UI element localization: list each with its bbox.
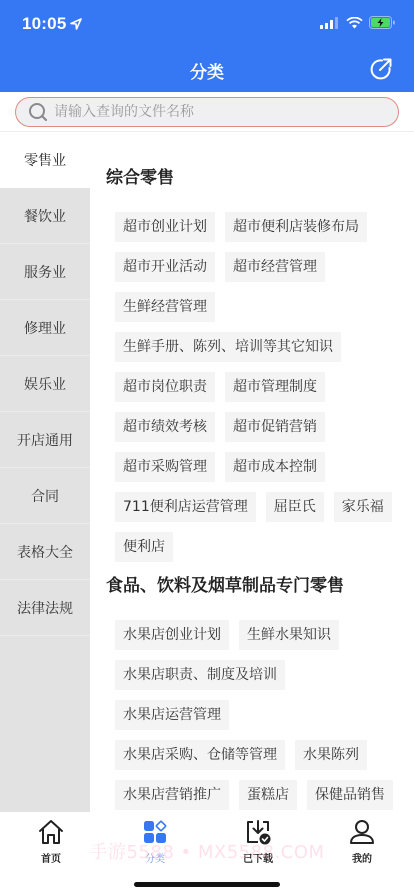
tag-item[interactable]: 超市成本控制 [225,452,325,482]
search-box[interactable] [15,97,399,127]
tag-item[interactable]: 超市岗位职责 [115,372,215,402]
tag-item[interactable]: 超市创业计划 [115,212,215,242]
tag-item[interactable]: 水果店营销推广 [115,780,229,810]
category-content[interactable]: 综合零售 超市创业计划 超市便利店装修布局 超市开业活动 超市经营管理 生鲜经营… [90,132,414,812]
sidebar-item-label: 开店通用 [17,430,73,450]
tag-item[interactable]: 超市绩效考核 [115,412,215,442]
tag-item[interactable]: 超市经营管理 [225,252,325,282]
tag-item[interactable]: 水果店采购、仓储等管理 [115,740,285,770]
sidebar-item-label: 合同 [31,486,59,506]
search-input[interactable] [54,104,374,120]
tag-item[interactable]: 生鲜水果知识 [239,620,339,650]
page-title: 分类 [0,58,414,83]
sidebar-item-contract[interactable]: 合同 [0,468,90,524]
sidebar-item-label: 服务业 [24,262,66,282]
sidebar-item-label: 修理业 [24,318,66,338]
sidebar-item-label: 零售业 [24,150,66,170]
status-icons [320,16,396,29]
status-bar: 10:05 [0,0,414,48]
tag-item[interactable]: 超市便利店装修布局 [225,212,367,242]
watermark: 手游5588 • MX5588.COM [0,838,414,864]
sidebar-item-retail[interactable]: 零售业 [0,132,90,188]
section-title: 食品、饮料及烟草制品专门零售 [90,576,344,596]
tag-list: 超市创业计划 超市便利店装修布局 超市开业活动 超市经营管理 生鲜经营管理 生鲜… [90,212,414,572]
tag-item[interactable]: 屈臣氏 [266,492,324,522]
share-button[interactable] [368,56,394,82]
tag-item[interactable]: 生鲜手册、陈列、培训等其它知识 [115,332,341,362]
status-time: 10:05 [22,14,82,34]
tag-item[interactable]: 便利店 [115,532,173,562]
share-icon [368,56,394,82]
sidebar-item-store-general[interactable]: 开店通用 [0,412,90,468]
app-root: 10:05 [0,0,414,896]
sidebar-item-label: 表格大全 [17,542,73,562]
section-title: 综合零售 [90,168,174,188]
tag-item[interactable]: 水果店创业计划 [115,620,229,650]
sidebar-item-label: 餐饮业 [24,206,66,226]
wifi-icon [346,17,363,29]
tag-item[interactable]: 水果店职责、制度及培训 [115,660,285,690]
tag-item[interactable]: 家乐福 [334,492,392,522]
tag-item[interactable]: 水果陈列 [295,740,367,770]
tag-item[interactable]: 超市管理制度 [225,372,325,402]
sidebar-item-repair[interactable]: 修理业 [0,300,90,356]
tag-item[interactable]: 水果店运营管理 [115,700,229,730]
sidebar-item-label: 娱乐业 [24,374,66,394]
cellular-signal-icon [320,17,340,29]
home-indicator[interactable] [134,882,280,887]
clock-text: 10:05 [22,14,66,34]
battery-charging-icon [369,16,396,29]
sidebar-item-forms[interactable]: 表格大全 [0,524,90,580]
sidebar-item-label: 法律法规 [17,598,73,618]
tag-item[interactable]: 超市采购管理 [115,452,215,482]
category-sidebar: 零售业 餐饮业 服务业 修理业 娱乐业 开店通用 合同 表格大全 法律法规 [0,132,90,812]
sidebar-item-catering[interactable]: 餐饮业 [0,188,90,244]
tag-item[interactable]: 超市促销营销 [225,412,325,442]
sidebar-item-service[interactable]: 服务业 [0,244,90,300]
tag-item[interactable]: 生鲜经营管理 [115,292,215,322]
search-icon [28,102,48,122]
tag-item[interactable]: 超市开业活动 [115,252,215,282]
sidebar-item-law[interactable]: 法律法规 [0,580,90,636]
search-bar [0,92,414,132]
tag-item[interactable]: 蛋糕店 [239,780,297,810]
tag-list: 水果店创业计划 生鲜水果知识 水果店职责、制度及培训 水果店运营管理 水果店采购… [90,620,414,812]
location-arrow-icon [70,18,82,30]
tag-item[interactable]: 711便利店运营管理 [115,492,256,522]
tag-item[interactable]: 保健品销售 [307,780,393,810]
header: 10:05 [0,0,414,92]
sidebar-item-entertainment[interactable]: 娱乐业 [0,356,90,412]
